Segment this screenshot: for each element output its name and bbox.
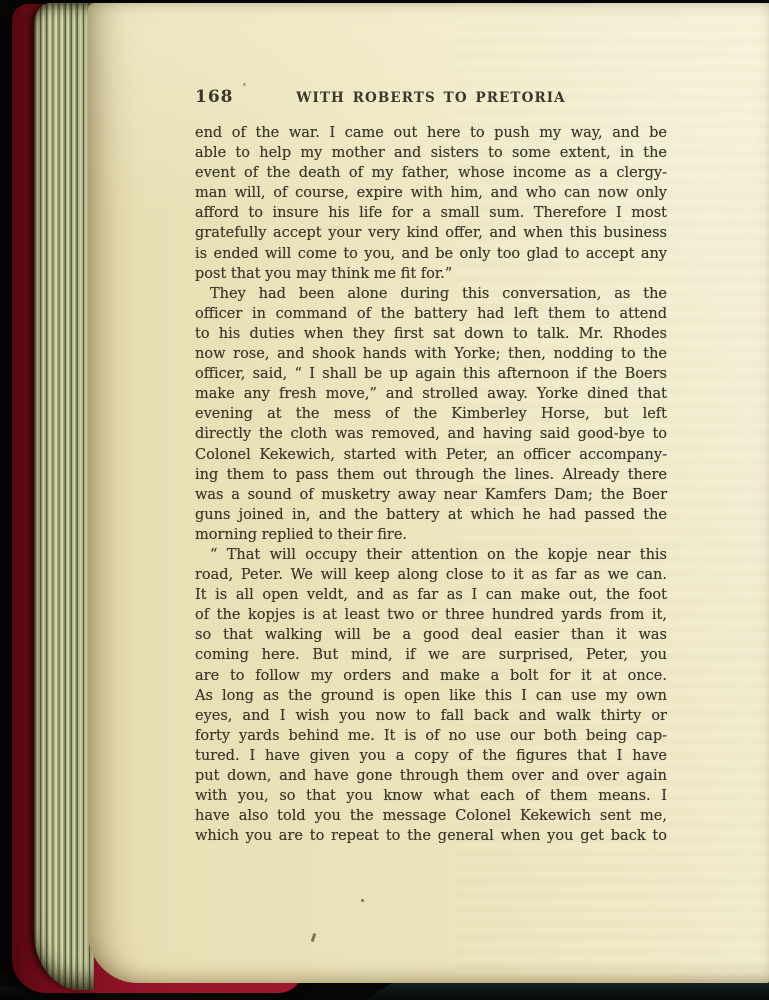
book-page: 168 WITH ROBERTS TO PRETORIA end of the … — [88, 3, 769, 983]
text-line: forty yards behind me. It is of no use o… — [195, 726, 667, 746]
text-line: evening at the mess of the Kimberley Hor… — [195, 404, 667, 424]
text-line: It is all open veldt, and as far as I ca… — [195, 585, 667, 605]
text-line: ing them to pass them out through the li… — [195, 465, 667, 485]
text-line: with you, so that you know what each of … — [195, 786, 667, 806]
text-line: “ That will occupy their attention on th… — [195, 545, 667, 565]
text-line: make any fresh move,” and strolled away.… — [195, 384, 667, 404]
page-speck — [243, 83, 246, 86]
text-line: Colonel Kekewich, started with Peter, an… — [195, 445, 667, 465]
text-line: eyes, and I wish you now to fall back an… — [195, 706, 667, 726]
text-line: coming here. But mind, if we are surpris… — [195, 645, 667, 665]
text-line: was a sound of musketry away near Kamfer… — [195, 485, 667, 505]
text-line: post that you may think me fit for.” — [195, 264, 667, 284]
text-line: event of the death of my father, whose i… — [195, 163, 667, 183]
text-line: afford to insure his life for a small su… — [195, 203, 667, 223]
text-line: As long as the ground is open like this … — [195, 686, 667, 706]
text-line: man will, of course, expire with him, an… — [195, 183, 667, 203]
text-line: gratefully accept your very kind offer, … — [195, 223, 667, 243]
running-title: WITH ROBERTS TO PRETORIA — [195, 90, 667, 106]
text-line: put down, and have gone through them ove… — [195, 766, 667, 786]
text-line: They had been alone during this conversa… — [195, 284, 667, 304]
text-line: of the kopjes is at least two or three h… — [195, 605, 667, 625]
text-line: is ended will come to you, and be only t… — [195, 244, 667, 264]
page-edge-stack — [34, 3, 94, 990]
text-block: end of the war. I came out here to push … — [195, 123, 667, 846]
text-line: are to follow my orders and make a bolt … — [195, 666, 667, 686]
text-line: to his duties when they first sat down t… — [195, 324, 667, 344]
text-line: directly the cloth was removed, and havi… — [195, 424, 667, 444]
text-line: guns joined in, and the battery at which… — [195, 505, 667, 525]
text-line: officer, said, “ I shall be up again thi… — [195, 364, 667, 384]
text-line: have also told you the message Colonel K… — [195, 806, 667, 826]
text-line: end of the war. I came out here to push … — [195, 123, 667, 143]
text-line: so that walking will be a good deal easi… — [195, 625, 667, 645]
text-line: morning replied to their fire. — [195, 525, 667, 545]
page-header: 168 WITH ROBERTS TO PRETORIA — [195, 87, 667, 109]
book-scan-photo: 168 WITH ROBERTS TO PRETORIA end of the … — [0, 0, 769, 1000]
page-speck — [361, 899, 364, 902]
text-line: now rose, and shook hands with Yorke; th… — [195, 344, 667, 364]
text-line: able to help my mother and sisters to so… — [195, 143, 667, 163]
text-line: road, Peter. We will keep along close to… — [195, 565, 667, 585]
text-line: officer in command of the battery had le… — [195, 304, 667, 324]
text-line: tured. I have given you a copy of the fi… — [195, 746, 667, 766]
page-speck — [311, 933, 317, 942]
text-line: which you are to repeat to the general w… — [195, 826, 667, 846]
